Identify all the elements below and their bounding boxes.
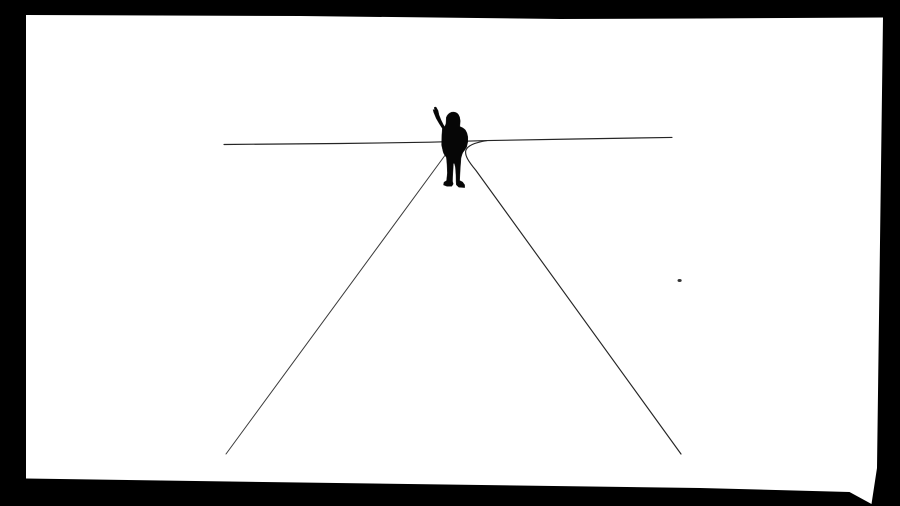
paper-page xyxy=(26,15,883,504)
line-drawing-scene xyxy=(0,0,900,506)
ink-speck xyxy=(678,279,682,282)
film-frame xyxy=(0,0,900,506)
